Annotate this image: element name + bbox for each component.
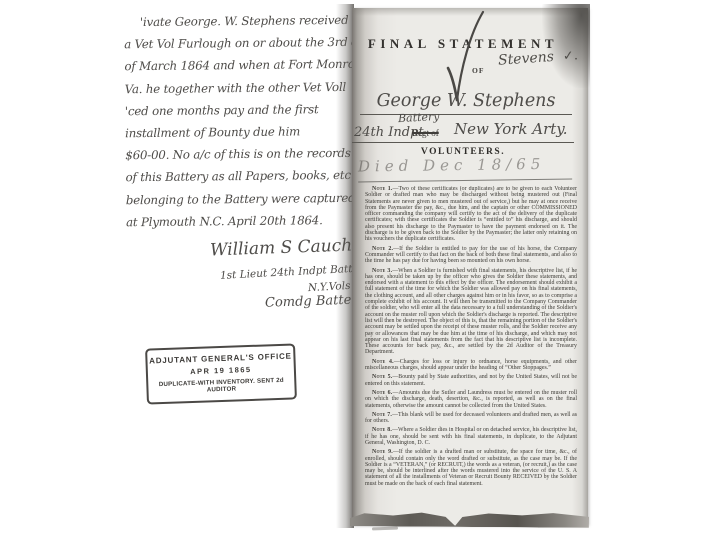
- note-9-text: —If the soldier is a drafted man or subs…: [365, 449, 577, 486]
- note-line: Va. he together with the other Vet Voll: [125, 75, 365, 100]
- note-5-label: Note 5.: [372, 374, 392, 380]
- handwritten-status-line: Died Dec 18/65: [358, 155, 572, 183]
- right-page-final-statement-form: FINAL STATEMENT OF Stevens✓. George W. S…: [352, 8, 588, 525]
- note-6-label: Note 6.: [372, 390, 392, 396]
- signature-name: William S Cauch: [210, 236, 353, 261]
- note-3-text: —When a Soldier is furnished with final …: [365, 268, 577, 356]
- unit-line: Battery 24th Indpt Regt of New York Arty…: [352, 116, 574, 143]
- soldier-name-line: George W. Stephens: [360, 84, 572, 115]
- struck-printed-text: Regt of: [412, 128, 439, 138]
- smudge-mark: [372, 527, 398, 531]
- note-9: Note 9.—If the soldier is a drafted man …: [365, 449, 577, 487]
- note-7: Note 7.—This blank will be used for dece…: [365, 412, 577, 425]
- note-4: Note 4.—Charges for loss or injury to or…: [365, 359, 577, 372]
- note-2: Note 2.—If the Soldier is entitled to pa…: [365, 246, 577, 265]
- torn-bottom-edge: [350, 506, 589, 528]
- check-mark-icon: ✓.: [562, 48, 578, 64]
- note-4-label: Note 4.: [372, 359, 394, 365]
- inserted-word-battery: Battery: [398, 110, 440, 125]
- note-3-label: Note 3.: [372, 268, 392, 274]
- note-4-text: —Charges for loss or injury to ordnance,…: [365, 359, 577, 371]
- handwritten-note: 'ivate George. W. Stephens received a Ve…: [124, 9, 366, 234]
- note-line: $60-00. No a/c of this is on the records: [125, 142, 365, 167]
- note-3: Note 3.—When a Soldier is furnished with…: [365, 268, 577, 356]
- scanned-document: 'ivate George. W. Stephens received a Ve…: [0, 0, 720, 540]
- note-line: of this Battery as all Papers, books, et…: [125, 164, 365, 189]
- note-8-text: —Where a Soldier dies in Hospital or on …: [365, 427, 577, 446]
- note-2-label: Note 2.: [372, 246, 393, 252]
- note-line: at Plymouth N.C. April 20th 1864.: [126, 209, 366, 234]
- note-2-text: —If the Soldier is entitled to pay for t…: [365, 246, 577, 265]
- left-page: 'ivate George. W. Stephens received a Ve…: [70, 0, 362, 540]
- note-5-text: —Bounty paid by State authorities, and n…: [365, 374, 577, 386]
- note-line: a Vet Vol Furlough on or about the 3rd d…: [124, 31, 364, 56]
- note-8: Note 8.—Where a Soldier dies in Hospital…: [365, 427, 577, 446]
- stamp-date-line: APR 19 1865: [148, 363, 294, 377]
- note-line: installment of Bounty due him: [125, 120, 365, 145]
- note-5: Note 5.—Bounty paid by State authorities…: [365, 374, 577, 387]
- note-8-label: Note 8.: [372, 427, 392, 433]
- stamp-note-line: DUPLICATE-WITH INVENTORY. SENT 2d AUDITO…: [148, 376, 294, 395]
- note-6-text: —Amounts due the Sutler and Laundress mu…: [365, 390, 577, 409]
- note-line: 'ced one months pay and the first: [125, 98, 365, 123]
- note-1: Note 1.—Two of these certificates (or du…: [365, 186, 577, 243]
- note-7-label: Note 7.: [372, 412, 392, 418]
- note-line: 'ivate George. W. Stephens received: [124, 9, 364, 34]
- of-label: OF: [472, 66, 484, 75]
- printed-notes: Note 1.—Two of these certificates (or du…: [365, 186, 577, 506]
- note-line: of March 1864 and when at Fort Monroe: [124, 53, 364, 78]
- note-7-text: —This blank will be used for deceased vo…: [365, 412, 577, 424]
- note-9-label: Note 9.: [372, 449, 393, 455]
- note-1-text: —Two of these certificates (or duplicate…: [365, 186, 577, 242]
- note-6: Note 6.—Amounts due the Sutler and Laund…: [365, 390, 577, 409]
- adjutant-generals-office-stamp: ADJUTANT GENERAL'S OFFICE APR 19 1865 DU…: [145, 343, 297, 404]
- unit-state-branch: New York Arty.: [454, 120, 568, 138]
- note-line: belonging to the Battery were captured: [126, 186, 366, 211]
